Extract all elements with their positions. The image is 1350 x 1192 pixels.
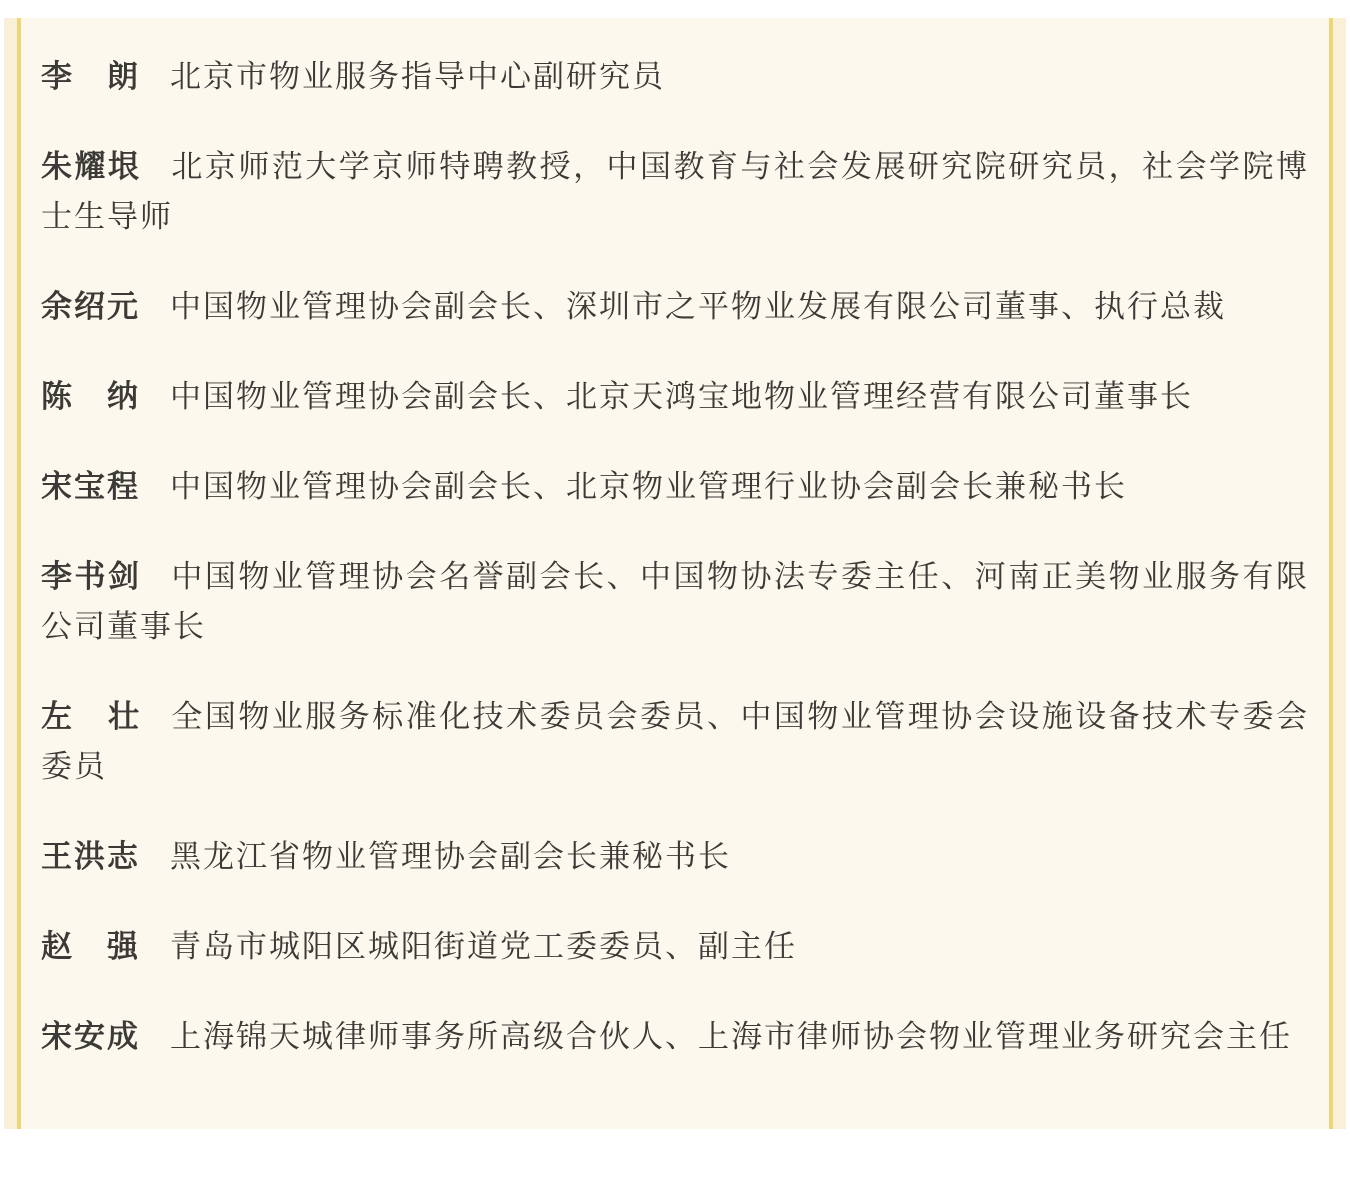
person-name: 宋安成 <box>41 1019 140 1054</box>
person-name: 宋宝程 <box>41 469 140 504</box>
list-item: 李书剑中国物业管理协会名誉副会长、中国物协法专委主任、河南正美物业服务有限公司董… <box>41 552 1309 652</box>
person-name: 余绍元 <box>41 289 140 324</box>
person-name: 王洪志 <box>41 839 140 874</box>
list-item: 王洪志黑龙江省物业管理协会副会长兼秘书长 <box>41 832 1309 882</box>
list-item: 余绍元中国物业管理协会副会长、深圳市之平物业发展有限公司董事、执行总裁 <box>41 282 1309 332</box>
person-name: 李 朗 <box>41 59 140 94</box>
person-title: 中国物业管理协会副会长、深圳市之平物业发展有限公司董事、执行总裁 <box>170 289 1226 324</box>
person-name: 左 壮 <box>41 699 141 734</box>
list-item: 宋安成上海锦天城律师事务所高级合伙人、上海市律师协会物业管理业务研究会主任 <box>41 1012 1309 1062</box>
list-item: 朱耀垠北京师范大学京师特聘教授，中国教育与社会发展研究院研究员，社会学院博士生导… <box>41 142 1309 242</box>
list-item: 宋宝程中国物业管理协会副会长、北京物业管理行业协会副会长兼秘书长 <box>41 462 1309 512</box>
person-title: 黑龙江省物业管理协会副会长兼秘书长 <box>170 839 731 874</box>
list-item: 左 壮全国物业服务标准化技术委员会委员、中国物业管理协会设施设备技术专委会委员 <box>41 692 1309 792</box>
person-title: 上海锦天城律师事务所高级合伙人、上海市律师协会物业管理业务研究会主任 <box>170 1019 1292 1054</box>
person-name: 赵 强 <box>41 929 140 964</box>
person-title: 北京师范大学京师特聘教授，中国教育与社会发展研究院研究员，社会学院博士生导师 <box>41 149 1309 234</box>
person-name: 陈 纳 <box>41 379 140 414</box>
quote-block-strip: 李 朗北京市物业服务指导中心副研究员 朱耀垠北京师范大学京师特聘教授，中国教育与… <box>4 18 1346 1129</box>
person-title: 全国物业服务标准化技术委员会委员、中国物业管理协会设施设备技术专委会委员 <box>41 699 1309 784</box>
person-title: 北京市物业服务指导中心副研究员 <box>170 59 665 94</box>
list-item: 赵 强青岛市城阳区城阳街道党工委委员、副主任 <box>41 922 1309 972</box>
list-item: 李 朗北京市物业服务指导中心副研究员 <box>41 52 1309 102</box>
person-name: 李书剑 <box>41 559 141 594</box>
person-title: 中国物业管理协会名誉副会长、中国物协法专委主任、河南正美物业服务有限公司董事长 <box>41 559 1309 644</box>
person-title: 中国物业管理协会副会长、北京天鸿宝地物业管理经营有限公司董事长 <box>170 379 1193 414</box>
person-title: 中国物业管理协会副会长、北京物业管理行业协会副会长兼秘书长 <box>170 469 1127 504</box>
person-name: 朱耀垠 <box>41 149 141 184</box>
list-item: 陈 纳中国物业管理协会副会长、北京天鸿宝地物业管理经营有限公司董事长 <box>41 372 1309 422</box>
person-title: 青岛市城阳区城阳街道党工委委员、副主任 <box>170 929 797 964</box>
people-list: 李 朗北京市物业服务指导中心副研究员 朱耀垠北京师范大学京师特聘教授，中国教育与… <box>17 18 1333 1129</box>
